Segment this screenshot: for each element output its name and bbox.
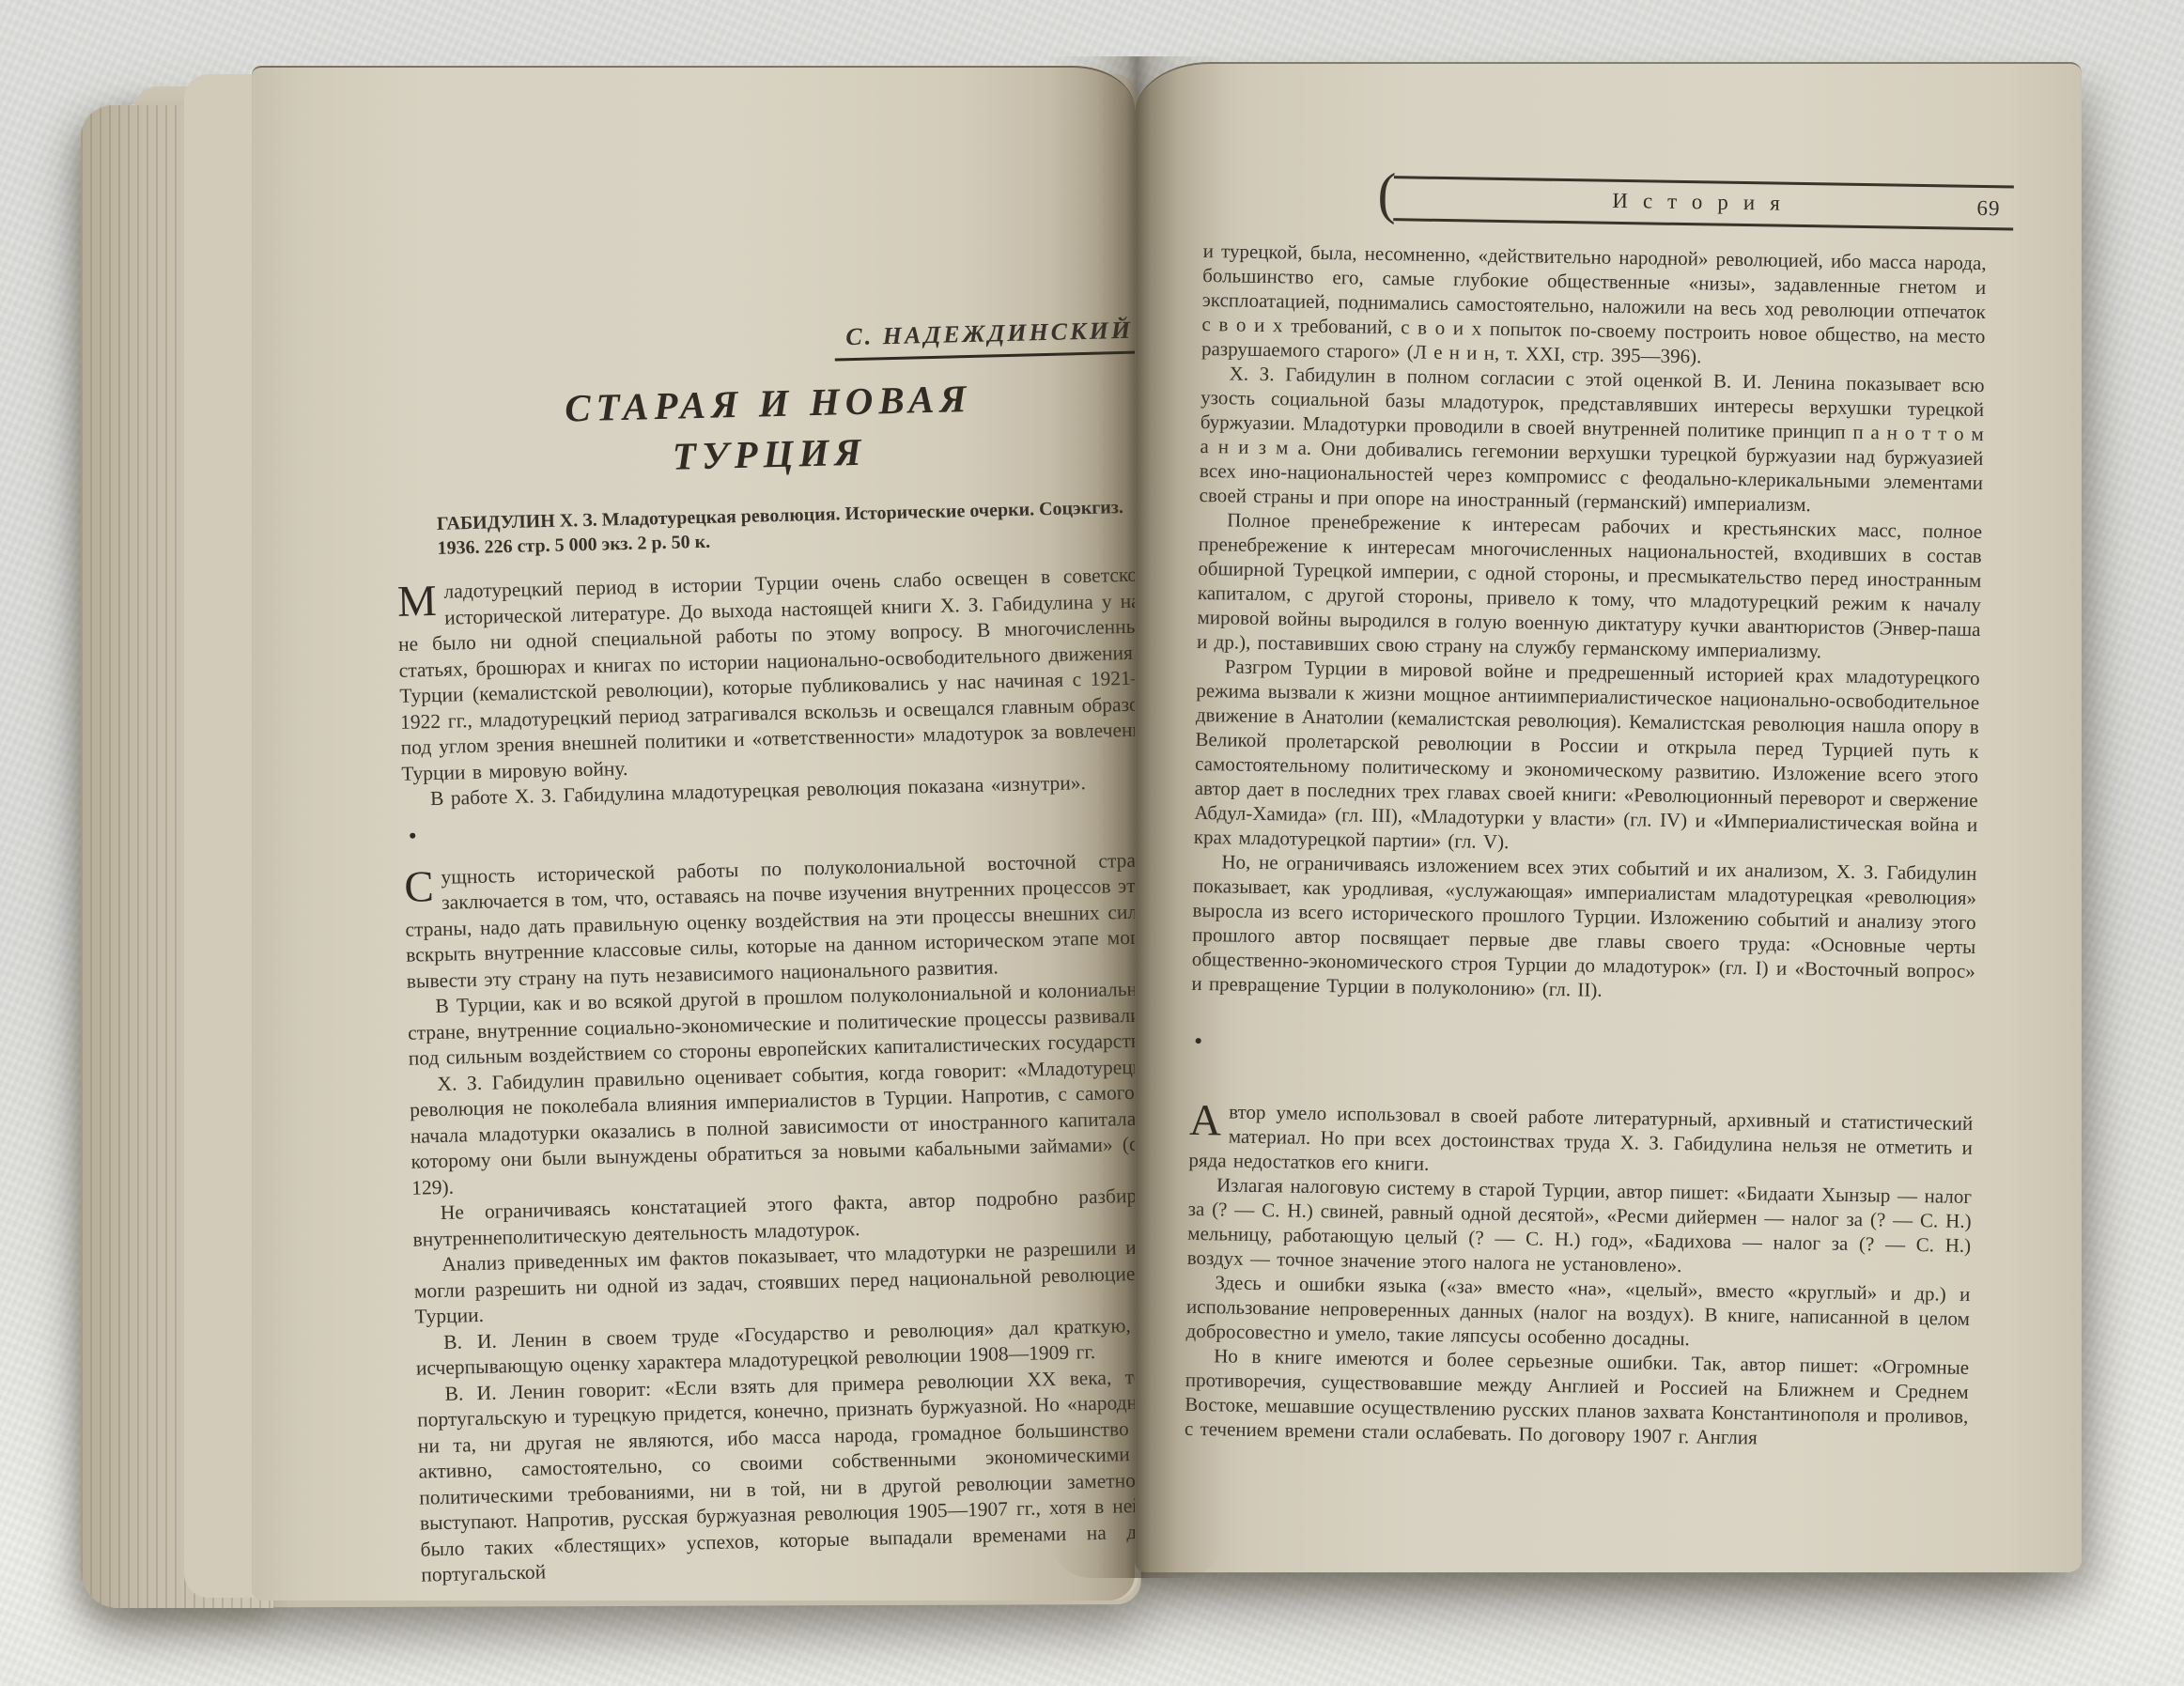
open-book: С. НАДЕЖДИНСКИЙ СТАРАЯ И НОВАЯ ТУРЦИЯ ГА…	[0, 0, 2184, 1686]
right-page-content: ( История 69 и турецкой, была, несомненн…	[1185, 173, 1988, 1453]
right-page: ( История 69 и турецкой, была, несомненн…	[1135, 62, 2082, 1572]
paragraph: Х. З. Габидулин в полном согласии с этой…	[1199, 361, 1984, 519]
review-author: С. НАДЕЖДИНСКИЙ	[834, 317, 1139, 362]
drop-cap: М	[396, 580, 444, 622]
paragraph: Но в книге имеются и более серьезные оши…	[1185, 1343, 1970, 1453]
article-title-line2: ТУРЦИЯ	[672, 430, 867, 478]
section-separator-bullet: ●	[1194, 1035, 1974, 1060]
bibliographic-reference: ГАБИДУЛИН Х. З. Младотурецкая революция.…	[437, 495, 1137, 561]
paragraph: Разгром Турции в мировой войне и предреш…	[1194, 654, 1980, 861]
paragraph: и турецкой, была, несомненно, «действите…	[1201, 239, 1987, 373]
paragraph: Х. З. Габидулин правильно оценивает собы…	[409, 1054, 1163, 1201]
rule-end-cap: (	[1377, 164, 1396, 222]
left-page: С. НАДЕЖДИНСКИЙ СТАРАЯ И НОВАЯ ТУРЦИЯ ГА…	[252, 66, 1135, 1601]
paragraph: Младотурецкий период в истории Турции оч…	[396, 562, 1153, 786]
article-title: СТАРАЯ И НОВАЯ ТУРЦИЯ	[392, 368, 1145, 488]
section-separator-bullet: ●	[409, 812, 1154, 843]
paragraph-text: втор умело использовал в своей работе ли…	[1188, 1101, 1973, 1175]
running-head: ( История 69	[1393, 176, 2014, 230]
paragraph: Излагая налоговую систему в старой Турци…	[1187, 1172, 1973, 1282]
paragraph-text: ущность исторической работы по полуколон…	[405, 848, 1157, 993]
page-number: 69	[1976, 196, 2000, 221]
paragraph: Здесь и ошибки языка («за» вместо «на», …	[1185, 1270, 1970, 1355]
drop-cap: С	[404, 864, 441, 906]
section-title: История	[1612, 189, 1795, 215]
paragraph: Полное пренебрежение к интересам рабочих…	[1197, 507, 1982, 666]
paragraph: В. И. Ленин говорит: «Если взять для при…	[416, 1364, 1172, 1588]
author-row: С. НАДЕЖДИНСКИЙ	[391, 317, 1139, 372]
paragraph: Но, не ограничиваясь изложением всех эти…	[1191, 849, 1976, 1008]
drop-cap: А	[1189, 1099, 1230, 1141]
article-title-line1: СТАРАЯ И НОВАЯ	[565, 377, 972, 430]
paragraph: Сущность исторической работы по полуколо…	[404, 847, 1158, 995]
left-page-content: С. НАДЕЖДИНСКИЙ СТАРАЯ И НОВАЯ ТУРЦИЯ ГА…	[391, 316, 1172, 1588]
paragraph-text: ладотурецкий период в истории Турции оче…	[398, 563, 1153, 784]
paragraph: Автор умело использовал в своей работе л…	[1188, 1099, 1973, 1184]
